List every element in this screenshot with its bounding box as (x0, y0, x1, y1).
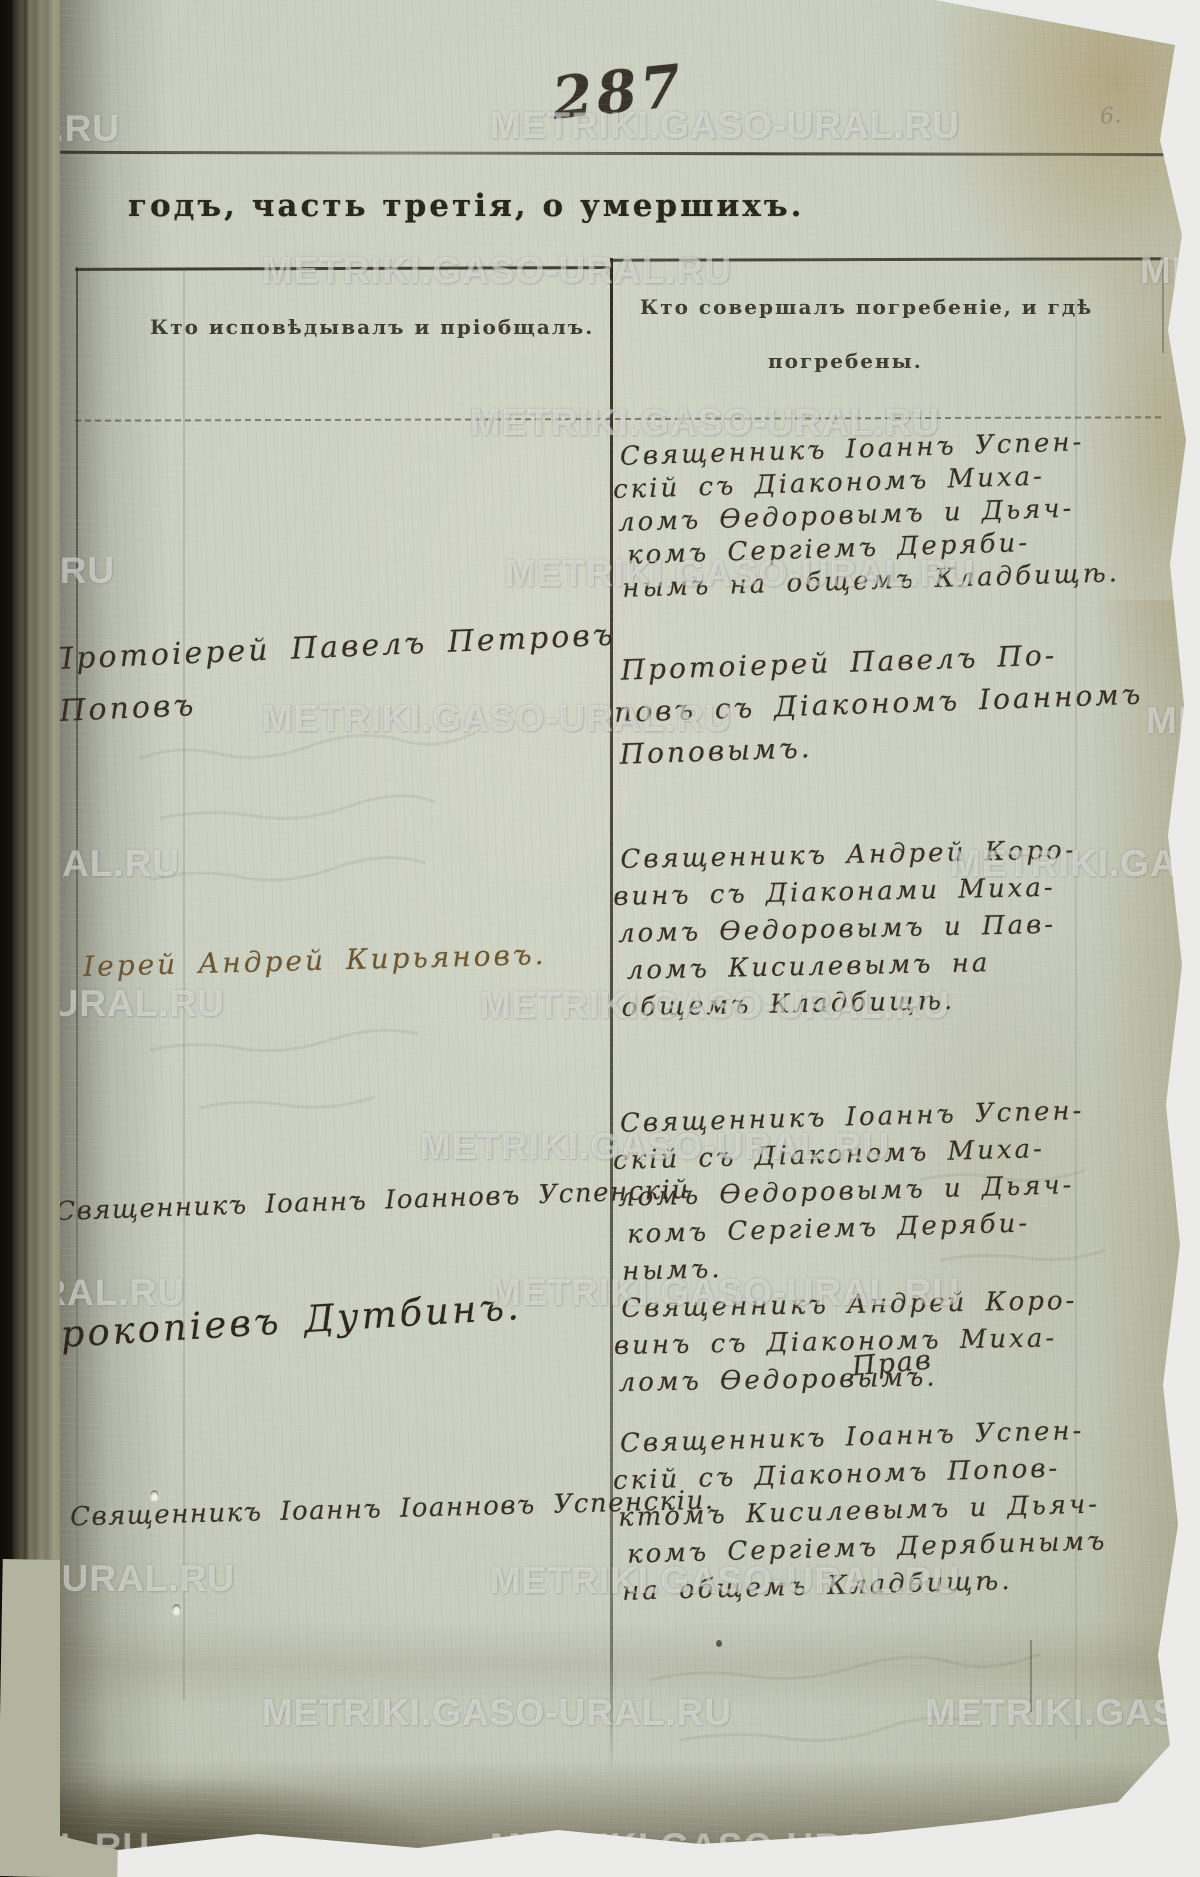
ink-marks-svg (0, 0, 1200, 1877)
ink-dot (716, 1640, 722, 1647)
paper-hole (150, 1490, 159, 1501)
show-through-writing (140, 730, 1105, 1740)
scan-background: { "document": { "page_number": "287", "p… (0, 0, 1200, 1877)
paper-hole (172, 1604, 181, 1615)
scanned-page: 287 6. годъ, часть третія, о умершихъ. К… (0, 0, 1200, 1877)
watermark: METRIKI.GASO-URAL.RU (1145, 1826, 1200, 1868)
